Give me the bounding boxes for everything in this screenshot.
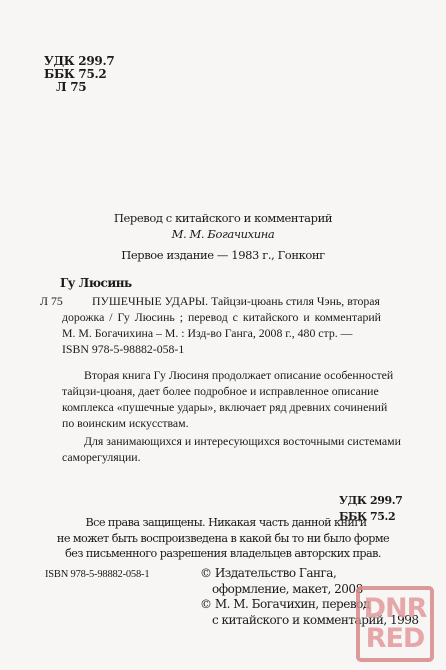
annotation-line: по воинским искусствам. xyxy=(62,415,412,431)
translator-name: М. М. Богачихина xyxy=(0,226,446,242)
author-mark: Л 75 xyxy=(44,81,114,94)
first-edition-note: Первое издание — 1983 г., Гонконг xyxy=(0,248,446,262)
isbn: ISBN 978-5-98882-058-1 xyxy=(45,569,149,580)
classification-block-top: УДК 299.7 ББК 75.2 Л 75 xyxy=(44,55,114,94)
annotation-line: тайцзи-цюаня, дает более подробное и исп… xyxy=(62,383,412,399)
udk-code: УДК 299.7 xyxy=(339,493,402,509)
watermark-text: RED xyxy=(360,624,430,654)
annotation-line: Для занимающихся и интересующихся восточ… xyxy=(62,433,412,449)
record-line: дорожка / Гу Люсинь ; перевод с китайско… xyxy=(62,309,381,325)
rights-notice: Все права защищены. Никакая часть данной… xyxy=(0,515,446,562)
translator-credit: Перевод с китайского и комментарий М. М.… xyxy=(0,210,446,242)
annotation-line: комплекса «пушечные удары», включает ряд… xyxy=(62,399,412,415)
rights-line: Все права защищены. Никакая часть данной… xyxy=(0,515,446,531)
translator-line: Перевод с китайского и комментарий xyxy=(0,210,446,226)
record-line: ПУШЕЧНЫЕ УДАРЫ. Тайцзи-цюань стиля Чэнь,… xyxy=(92,293,380,309)
annotation: Вторая книга Гу Люсиня продолжает описан… xyxy=(62,367,412,465)
book-imprint-page: УДК 299.7 ББК 75.2 Л 75 Перевод с китайс… xyxy=(0,0,446,670)
copyright-line: © Издательство Ганга, xyxy=(200,566,419,582)
watermark-text: DNR xyxy=(360,594,430,624)
annotation-line: саморегуляции. xyxy=(62,449,412,465)
rights-line: не может быть воспроизведена в какой бы … xyxy=(0,531,446,547)
record-isbn: ISBN 978-5-98882-058-1 xyxy=(62,341,184,357)
record-author: Гу Люсинь xyxy=(60,276,132,290)
watermark-logo: DNR RED xyxy=(356,586,434,662)
annotation-line: Вторая книга Гу Люсиня продолжает описан… xyxy=(62,367,412,383)
record-line: М. М. Богачихина – М. : Изд-во Ганга, 20… xyxy=(62,325,352,341)
rights-line: без письменного разрешения владельцев ав… xyxy=(0,546,446,562)
record-code: Л 75 xyxy=(40,293,63,309)
